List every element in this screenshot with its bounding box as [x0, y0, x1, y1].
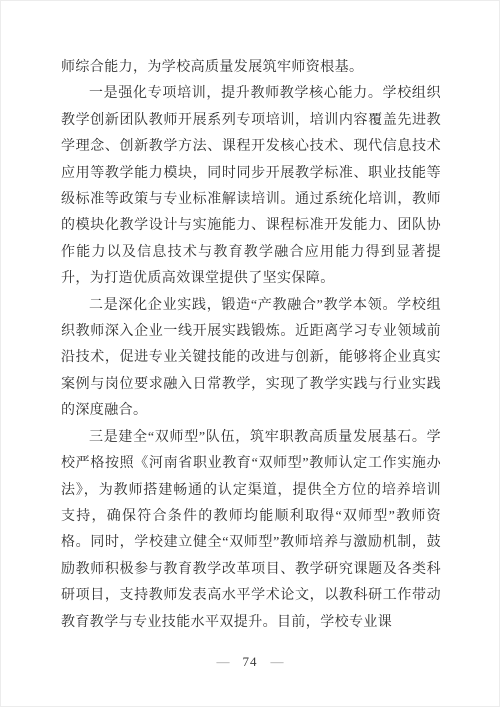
body-text: 师综合能力，为学校高质量发展筑牢师资根基。 一是强化专项培训，提升教师教学核心能… [61, 55, 441, 636]
document-page: 师综合能力，为学校高质量发展筑牢师资根基。 一是强化专项培训，提升教师教学核心能… [0, 0, 500, 707]
paragraph-point-one: 一是强化专项培训，提升教师教学核心能力。学校组织教学创新团队教师开展系列专项培训… [61, 81, 441, 292]
footer-dash-right: — [271, 654, 284, 670]
page-footer: — 74 — [1, 654, 499, 670]
paragraph-continuation: 师综合能力，为学校高质量发展筑牢师资根基。 [61, 55, 441, 81]
footer-dash-left: — [217, 654, 230, 670]
paragraph-point-two: 二是深化企业实践，锻造“产教融合”教学本领。学校组织教师深入企业一线开展实践锻炼… [61, 293, 441, 425]
page-number: 74 [243, 654, 258, 670]
paragraph-point-three: 三是建全“双师型”队伍，筑牢职教高质量发展基石。学校严格按照《河南省职业教育“双… [61, 425, 441, 636]
